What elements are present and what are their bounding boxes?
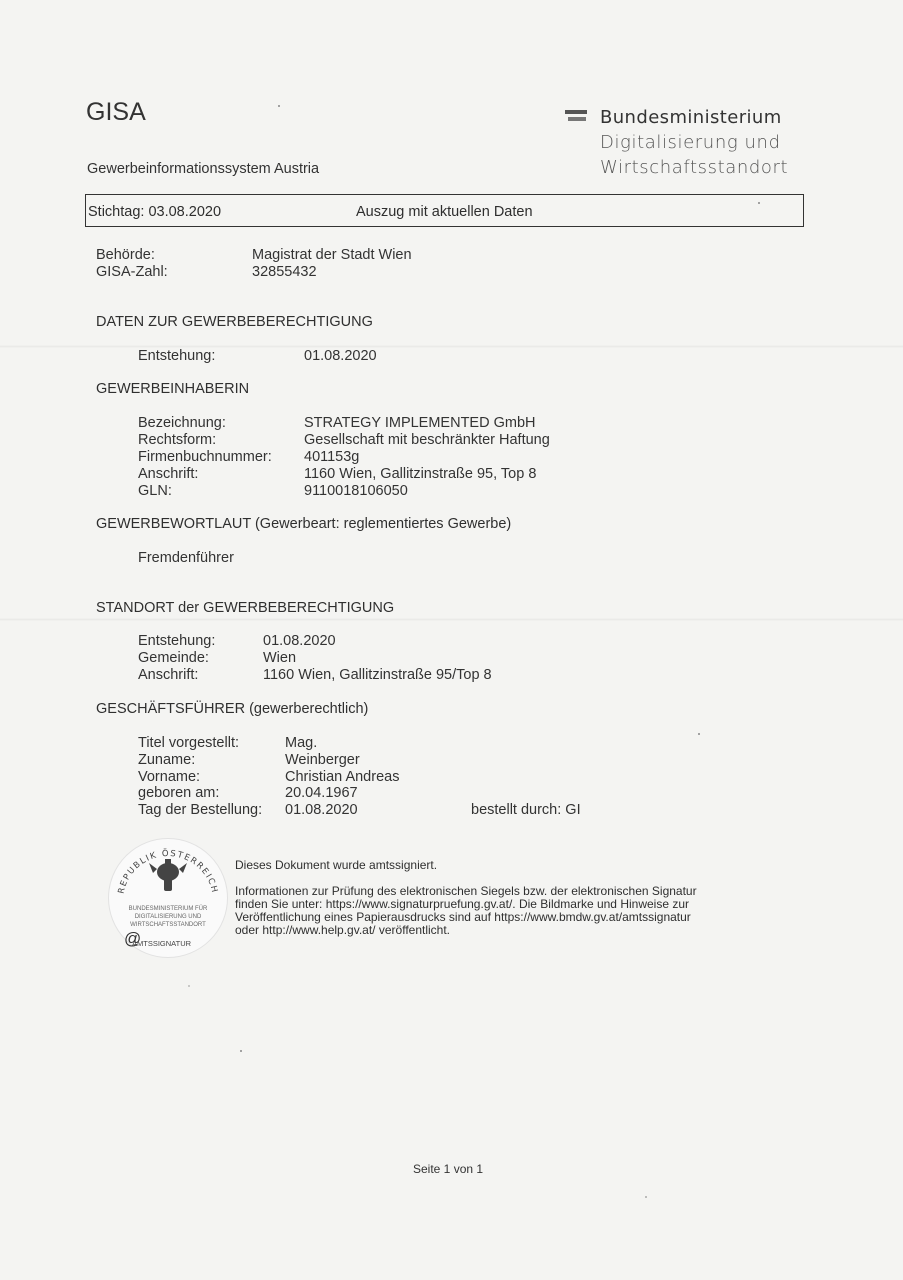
scan-speck [758, 202, 760, 204]
geschaeftsfuehrer-field-label: Titel vorgestellt: [138, 735, 239, 751]
geschaeftsfuehrer-field-label: Vorname: [138, 769, 200, 785]
bestellt-durch: bestellt durch: GI [471, 802, 581, 818]
inhaberin-field-label: Anschrift: [138, 466, 198, 482]
standort-field-label: Gemeinde: [138, 650, 209, 666]
geschaeftsfuehrer-field-value: Weinberger [285, 752, 360, 768]
inhaberin-field-value: 9110018106050 [304, 483, 408, 499]
gewerbe-wortlaut-text: Fremdenführer [138, 550, 234, 566]
ministry-line-1: Bundesministerium [600, 105, 788, 130]
auszug-label: Auszug mit aktuellen Daten [356, 204, 533, 220]
scan-speck [240, 1050, 242, 1052]
page-number: Seite 1 von 1 [413, 1162, 483, 1176]
app-subtitle: Gewerbeinformationssystem Austria [87, 161, 319, 177]
inhaberin-field-value: 1160 Wien, Gallitzinstraße 95, Top 8 [304, 466, 536, 482]
signature-info: Informationen zur Prüfung des elektronis… [235, 885, 697, 937]
inhaberin-field-label: Firmenbuchnummer: [138, 449, 272, 465]
section-heading-daten: DATEN ZUR GEWERBEBERECHTIGUNG [96, 314, 373, 330]
paper-fold [0, 618, 903, 621]
app-title: GISA [86, 98, 146, 127]
standort-field-value: 01.08.2020 [263, 633, 336, 649]
standort-field-label: Anschrift: [138, 667, 198, 683]
daten-entstehung-label: Entstehung: [138, 348, 215, 364]
standort-field-label: Entstehung: [138, 633, 215, 649]
scan-speck [698, 733, 700, 735]
inhaberin-field-label: GLN: [138, 483, 172, 499]
gisa-zahl-label: GISA-Zahl: [96, 264, 168, 280]
ministry-logo: Bundesministerium Digitalisierung und Wi… [600, 105, 788, 180]
section-heading-inhaberin: GEWERBEINHABERIN [96, 381, 249, 397]
stichtag-date: Stichtag: 03.08.2020 [88, 204, 221, 220]
geschaeftsfuehrer-field-label: Zuname: [138, 752, 195, 768]
gisa-zahl-value: 32855432 [252, 264, 317, 280]
geschaeftsfuehrer-field-label: geboren am: [138, 785, 219, 801]
geschaeftsfuehrer-field-value: Mag. [285, 735, 317, 751]
seal-label: AMTSSIGNATUR [132, 939, 191, 948]
behoerde-value: Magistrat der Stadt Wien [252, 247, 412, 263]
paper-fold [0, 345, 903, 348]
austria-flag-bars-icon [565, 110, 587, 121]
standort-field-value: Wien [263, 650, 296, 666]
scan-speck [188, 985, 190, 987]
geschaeftsfuehrer-field-label: Tag der Bestellung: [138, 802, 262, 818]
amtssignatur-seal: REPUBLIK ÖSTERREICH BUNDESMINISTERIUM FÜ… [108, 838, 228, 958]
section-heading-wortlaut: GEWERBEWORTLAUT (Gewerbeart: reglementie… [96, 516, 511, 532]
inhaberin-field-value: STRATEGY IMPLEMENTED GmbH [304, 415, 536, 431]
inhaberin-field-value: 401153g [304, 449, 359, 465]
document-page: GISA Gewerbeinformationssystem Austria B… [0, 0, 903, 1280]
section-heading-standort: STANDORT der GEWERBEBERECHTIGUNG [96, 600, 394, 616]
geschaeftsfuehrer-field-value: Christian Andreas [285, 769, 399, 785]
inhaberin-field-value: Gesellschaft mit beschränkter Haftung [304, 432, 550, 448]
signature-statement: Dieses Dokument wurde amtssigniert. [235, 858, 437, 872]
austrian-eagle-icon [149, 859, 187, 891]
stichtag-box: Stichtag: 03.08.2020 Auszug mit aktuelle… [85, 194, 804, 227]
inhaberin-field-label: Bezeichnung: [138, 415, 226, 431]
behoerde-label: Behörde: [96, 247, 155, 263]
seal-line-2: DIGITALISIERUNG UND [109, 913, 227, 921]
seal-ministry-text: BUNDESMINISTERIUM FÜR DIGITALISIERUNG UN… [109, 905, 227, 929]
section-heading-geschaeftsfuehrer: GESCHÄFTSFÜHRER (gewerberechtlich) [96, 701, 368, 717]
geschaeftsfuehrer-field-value: 20.04.1967 [285, 785, 358, 801]
ministry-line-2: Digitalisierung und [600, 130, 788, 155]
daten-entstehung-value: 01.08.2020 [304, 348, 377, 364]
scan-speck [278, 105, 280, 107]
standort-field-value: 1160 Wien, Gallitzinstraße 95/Top 8 [263, 667, 492, 683]
seal-line-1: BUNDESMINISTERIUM FÜR [109, 905, 227, 913]
ministry-line-3: Wirtschaftsstandort [600, 155, 788, 180]
scan-speck [645, 1196, 647, 1198]
inhaberin-field-label: Rechtsform: [138, 432, 216, 448]
seal-line-3: WIRTSCHAFTSSTANDORT [109, 921, 227, 929]
geschaeftsfuehrer-field-value: 01.08.2020 [285, 802, 358, 818]
